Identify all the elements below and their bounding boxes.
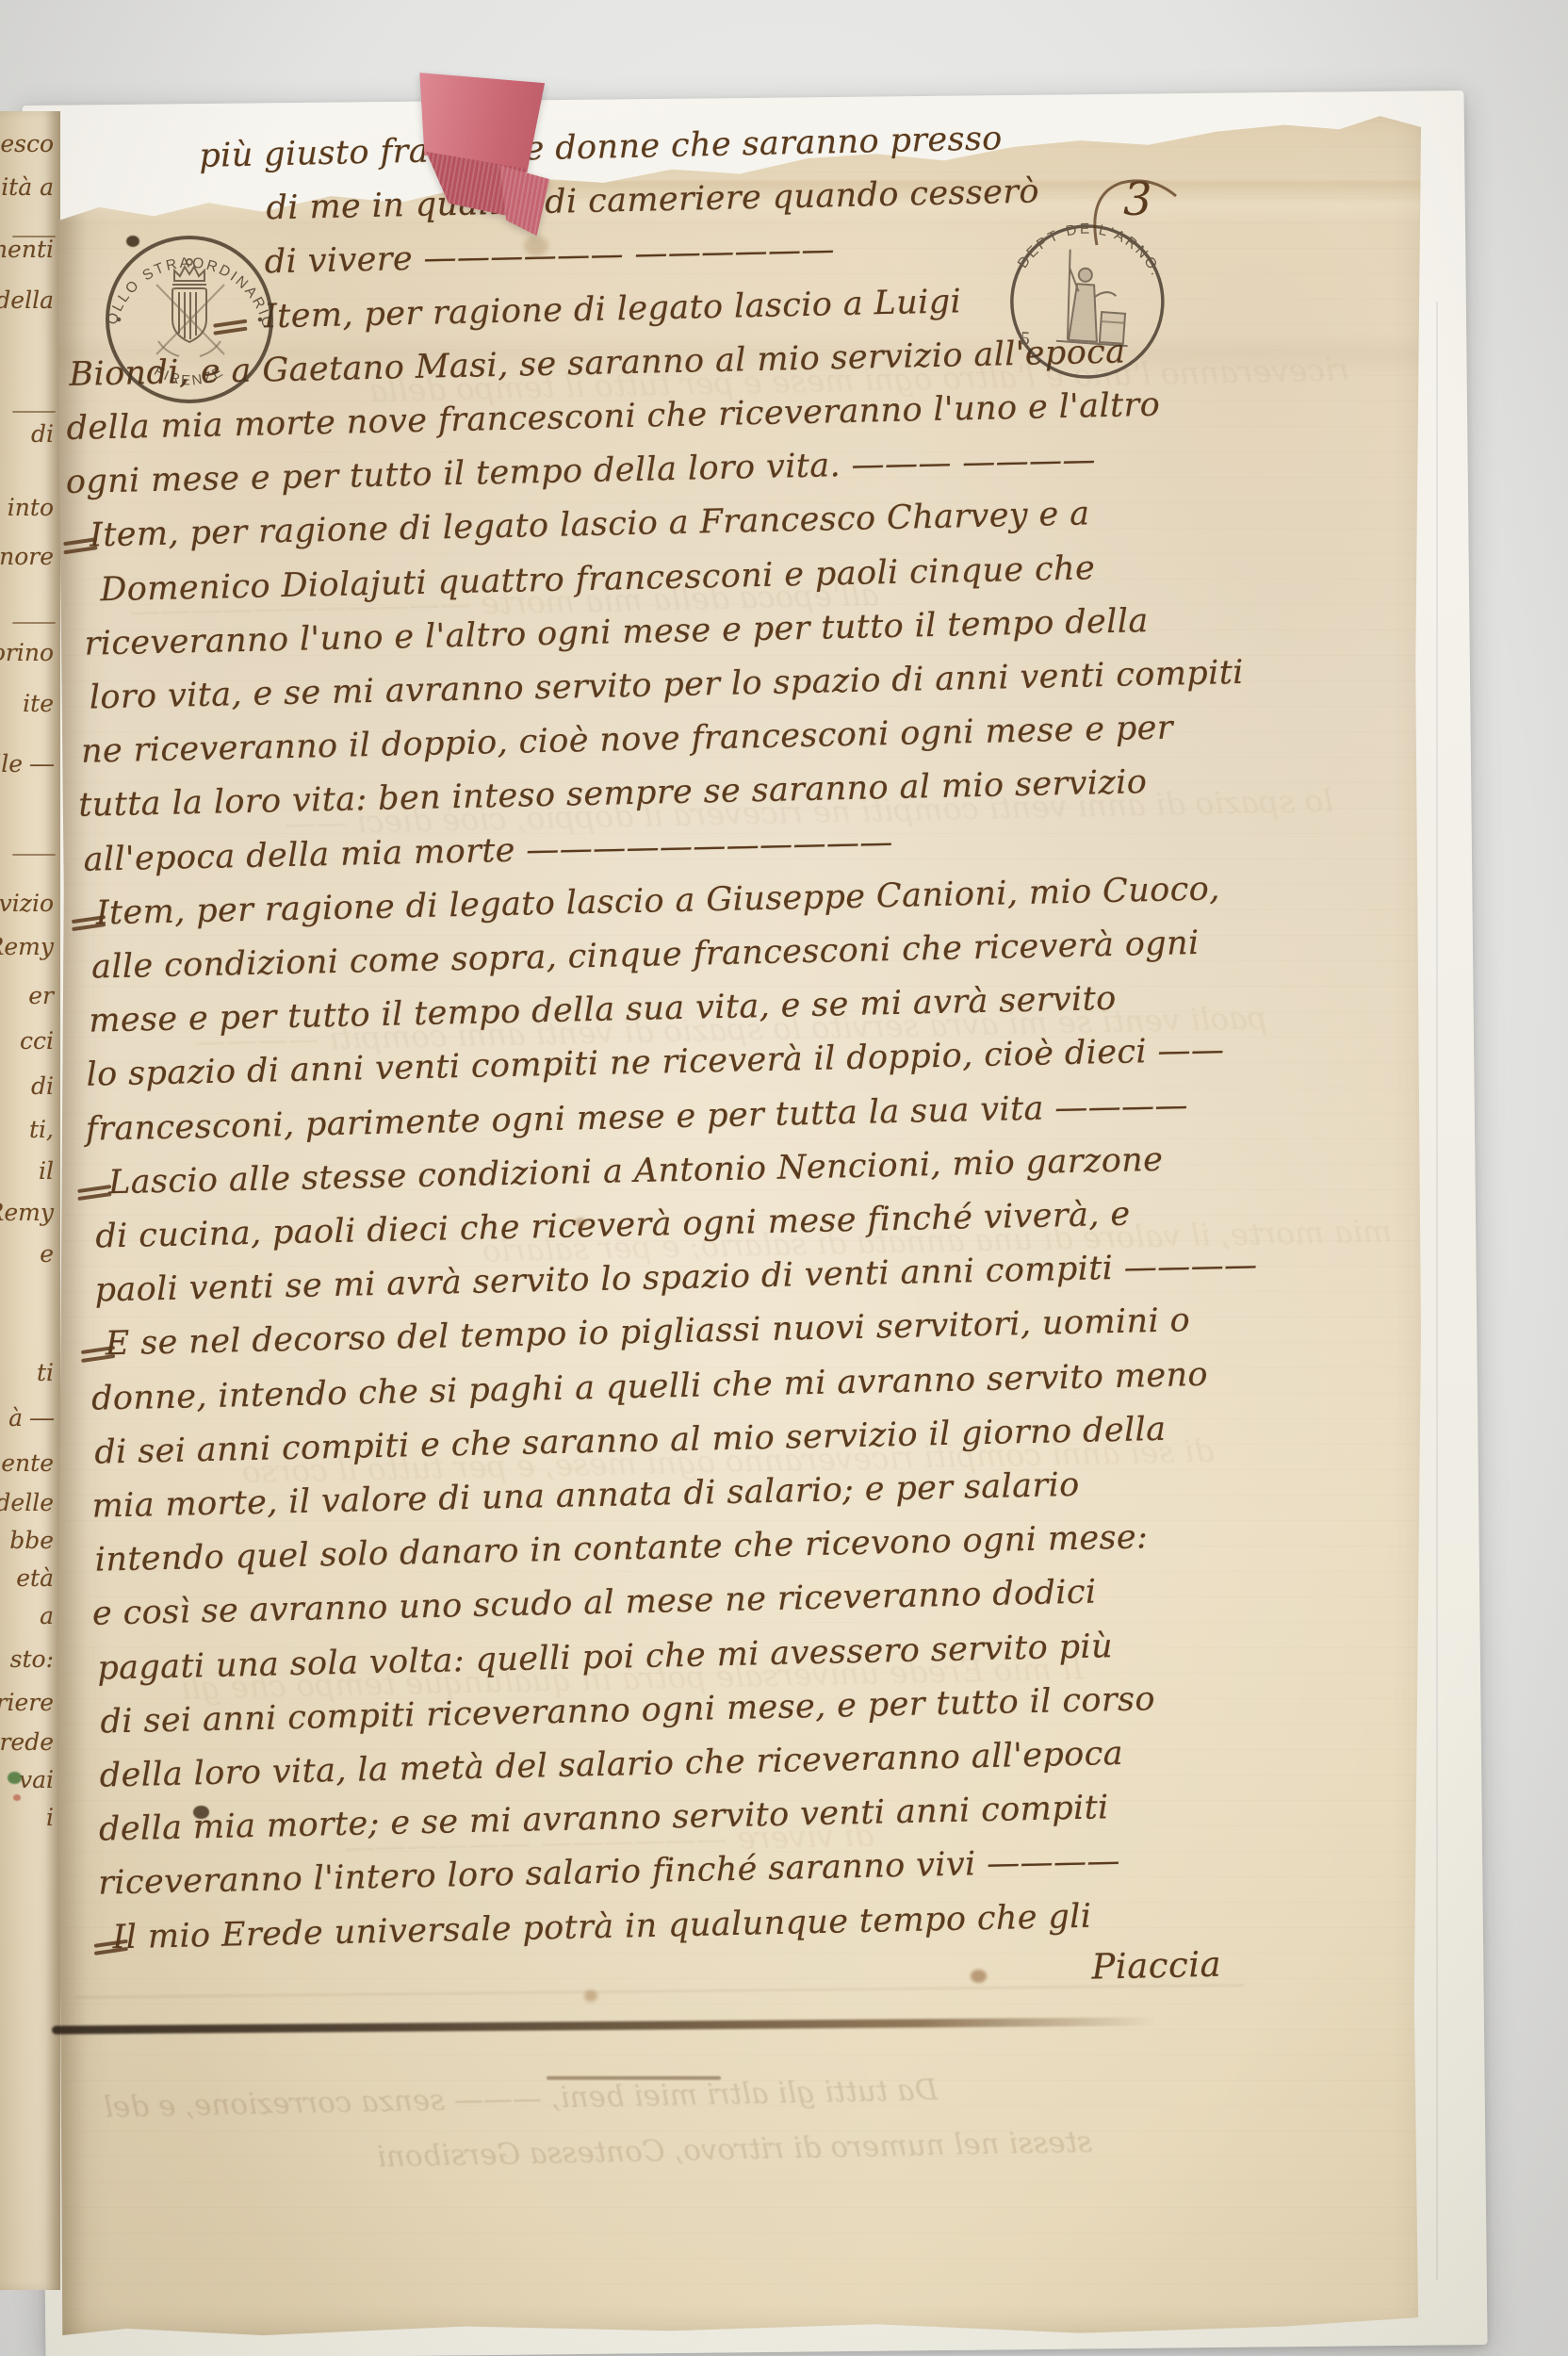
margin-fragment: di: [31, 422, 54, 446]
ruled-margin-line: [1436, 302, 1438, 2281]
manuscript-line: intendo quel solo danaro in contante che…: [94, 1519, 1148, 1579]
photograph-of-manuscript: { "photo": { "description": "Handwritten…: [0, 0, 1568, 2356]
manuscript-line: Item, per ragione di legato lascio a Giu…: [95, 871, 1220, 932]
margin-fragment: te momenti: [0, 237, 54, 261]
folio-number-group: 3: [1086, 172, 1189, 262]
margin-fragment: ti,: [29, 1118, 54, 1141]
paragraph-marker: [81, 1343, 117, 1365]
ink-stain: [584, 1990, 597, 2002]
svg-text:FIRENZE: FIRENZE: [152, 363, 228, 388]
margin-fragment: delle: [0, 1491, 54, 1514]
margin-fragment: bbe: [9, 1529, 54, 1552]
previous-page-edge-strip: cescoità ate momentio delladiintognoreTo…: [0, 111, 60, 2290]
margin-fragment: vai: [19, 1768, 54, 1792]
allegorical-figure-icon: [1056, 249, 1135, 346]
margin-fragment: mente: [0, 1451, 54, 1475]
paragraph-marker: [77, 1182, 113, 1203]
margin-fragment: di: [31, 1074, 54, 1098]
margin-fragment-rule: [12, 411, 56, 413]
margin-fragment: il: [39, 1159, 54, 1183]
margin-fragment-rule: [12, 622, 56, 624]
ink-stain: [524, 236, 548, 256]
margin-fragment: i: [46, 1806, 54, 1829]
margin-fragment: servizio: [0, 892, 54, 915]
manuscript-line: ne riceveranno il doppio, cioè nove fran…: [81, 711, 1174, 771]
margin-fragment-rule: [12, 854, 56, 856]
margin-fragment: à ―: [8, 1406, 54, 1430]
manuscript-line: donne, intendo che si paghi a quelli che…: [91, 1356, 1209, 1416]
margin-fragment: e: [40, 1242, 54, 1266]
margin-fragment: cci: [20, 1029, 54, 1053]
manuscript-line: della loro vita, la metà del salario che…: [99, 1736, 1123, 1794]
binding-ribbon: [400, 66, 561, 237]
manuscript-line: e così se avranno uno scudo al mese ne r…: [92, 1575, 1097, 1633]
margin-fragment: ità a: [1, 175, 54, 199]
margin-fragment: into: [8, 496, 54, 519]
folio-number: 3: [1123, 177, 1152, 222]
margin-fragment: Remy: [0, 935, 54, 958]
manuscript-line: Item, per ragione di legato lascio a Fra…: [90, 497, 1090, 555]
catchword: Piaccia: [1091, 1947, 1221, 1985]
paragraph-marker: [63, 535, 99, 557]
ink-stain: [8, 1772, 22, 1784]
margin-fragment: sto:: [10, 1647, 54, 1671]
ink-stain: [126, 236, 139, 247]
manuscript-line: francesconi, parimente ogni mese e per t…: [85, 1088, 1188, 1148]
margin-fragment: a: [40, 1604, 54, 1628]
stamp-bottom-text: FIRENZE: [152, 363, 228, 388]
stamp-value: 5: [1020, 328, 1031, 350]
margin-fragment: ite: [23, 692, 54, 715]
margin-fragment: Erede: [0, 1730, 54, 1754]
manuscript-line: di vivere —————— ——————: [264, 233, 835, 282]
margin-fragment: lle ―: [0, 752, 54, 776]
margin-fragment-rule: [12, 236, 56, 237]
margin-fragment: Torino: [0, 641, 54, 664]
stamp-emblem-icon: BOLLO STRAORDINARIO. FIRENZE: [100, 228, 279, 407]
margin-fragment: ti: [37, 1361, 54, 1384]
margin-fragment: età: [16, 1566, 54, 1590]
manuscript-line: E se nel decorso del tempo io pigliassi …: [105, 1303, 1190, 1364]
manuscript-line: ogni mese e per tutto il tempo della lor…: [65, 442, 1096, 500]
manuscript-line: più giusto fra quelle donne che saranno …: [199, 121, 1003, 174]
margin-fragment: Remy: [0, 1201, 54, 1224]
ink-smudge-short: [547, 2076, 721, 2080]
bollo-straordinario-stamp: BOLLO STRAORDINARIO. FIRENZE: [100, 228, 279, 407]
manuscript-line: alle condizioni come sopra, cinque franc…: [91, 925, 1200, 986]
manuscript-line: Il mio Erede universale potrà in qualunq…: [112, 1898, 1092, 1955]
margin-fragment: o della: [0, 288, 54, 312]
paragraph-marker: [94, 1937, 130, 1958]
margin-fragment: cesco: [0, 132, 54, 155]
manuscript-line: di me in qualità di cameriere quando ces…: [266, 174, 1039, 227]
ink-stain: [13, 1794, 21, 1801]
margin-fragment: gnore: [0, 545, 54, 568]
margin-fragment: riere: [0, 1691, 54, 1714]
manuscript-line: Lascio alle stesse condizioni a Antonio …: [108, 1142, 1164, 1202]
manuscript-line: Item, per ragione di legato lascio a Lui…: [264, 284, 962, 335]
manuscript-line: loro vita, e se mi avranno servito per l…: [89, 655, 1244, 716]
paragraph-marker: [72, 912, 107, 934]
margin-fragment: er: [28, 984, 54, 1007]
